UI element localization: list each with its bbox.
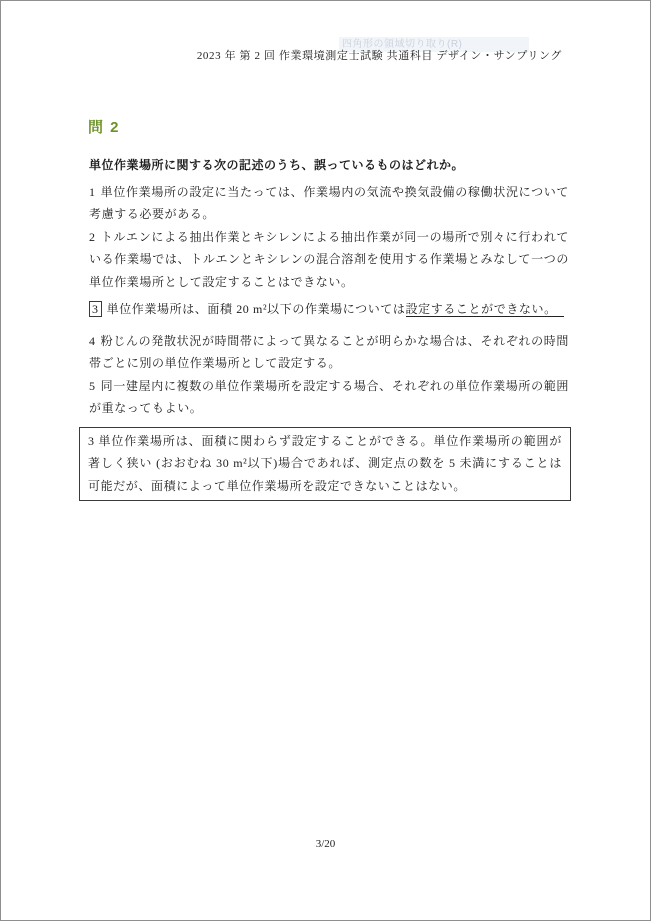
document-page: 四角形の領域切り取り(R) 2023 年 第 2 回 作業環境測定士試験 共通科… bbox=[0, 0, 651, 921]
option-1: 1単位作業場所の設定に当たっては、作業場内の気流や換気設備の稼働状況について考慮… bbox=[89, 181, 569, 226]
option-4: 4粉じんの発散状況が時間帯によって異なることが明らかな場合は、それぞれの時間帯ご… bbox=[89, 330, 569, 375]
option-2: 2トルエンによる抽出作業とキシレンによる抽出作業が同一の場所で別々に行われている… bbox=[89, 226, 569, 293]
option-5-text: 同一建屋内に複数の単位作業場所を設定する場合、それぞれの単位作業場所の範囲が重な… bbox=[89, 379, 569, 415]
option-4-text: 粉じんの発散状況が時間帯によって異なることが明らかな場合は、それぞれの時間帯ごと… bbox=[89, 334, 569, 370]
option-3: 3単位作業場所は、面積 20 m²以下の作業場については設定することができない。 bbox=[89, 298, 569, 320]
option-1-text: 単位作業場所の設定に当たっては、作業場内の気流や換気設備の稼働状況について考慮す… bbox=[89, 185, 569, 221]
question-number: 問 2 bbox=[88, 116, 120, 137]
option-4-number: 4 bbox=[89, 334, 96, 348]
option-2-text: トルエンによる抽出作業とキシレンによる抽出作業が同一の場所で別々に行われている作… bbox=[89, 230, 569, 289]
option-2-number: 2 bbox=[89, 230, 96, 244]
option-5-number: 5 bbox=[89, 379, 96, 393]
option-1-number: 1 bbox=[89, 185, 96, 199]
document-header: 2023 年 第 2 回 作業環境測定士試験 共通科目 デザイン・サンプリング bbox=[197, 47, 562, 63]
option-3-number-boxed: 3 bbox=[89, 301, 102, 317]
answer-explanation-box: 3 単位作業場所は、面積に関わらず設定することができる。単位作業場所の範囲が著し… bbox=[79, 427, 571, 501]
page-number: 3/20 bbox=[1, 838, 650, 850]
option-3-text: 単位作業場所は、面積 20 m²以下の作業場については bbox=[107, 302, 406, 316]
option-5: 5同一建屋内に複数の単位作業場所を設定する場合、それぞれの単位作業場所の範囲が重… bbox=[89, 375, 569, 420]
option-3-text-underlined: 設定することができない。 bbox=[406, 302, 564, 317]
question-text: 単位作業場所に関する次の記述のうち、誤っているものはどれか。 bbox=[89, 156, 573, 173]
